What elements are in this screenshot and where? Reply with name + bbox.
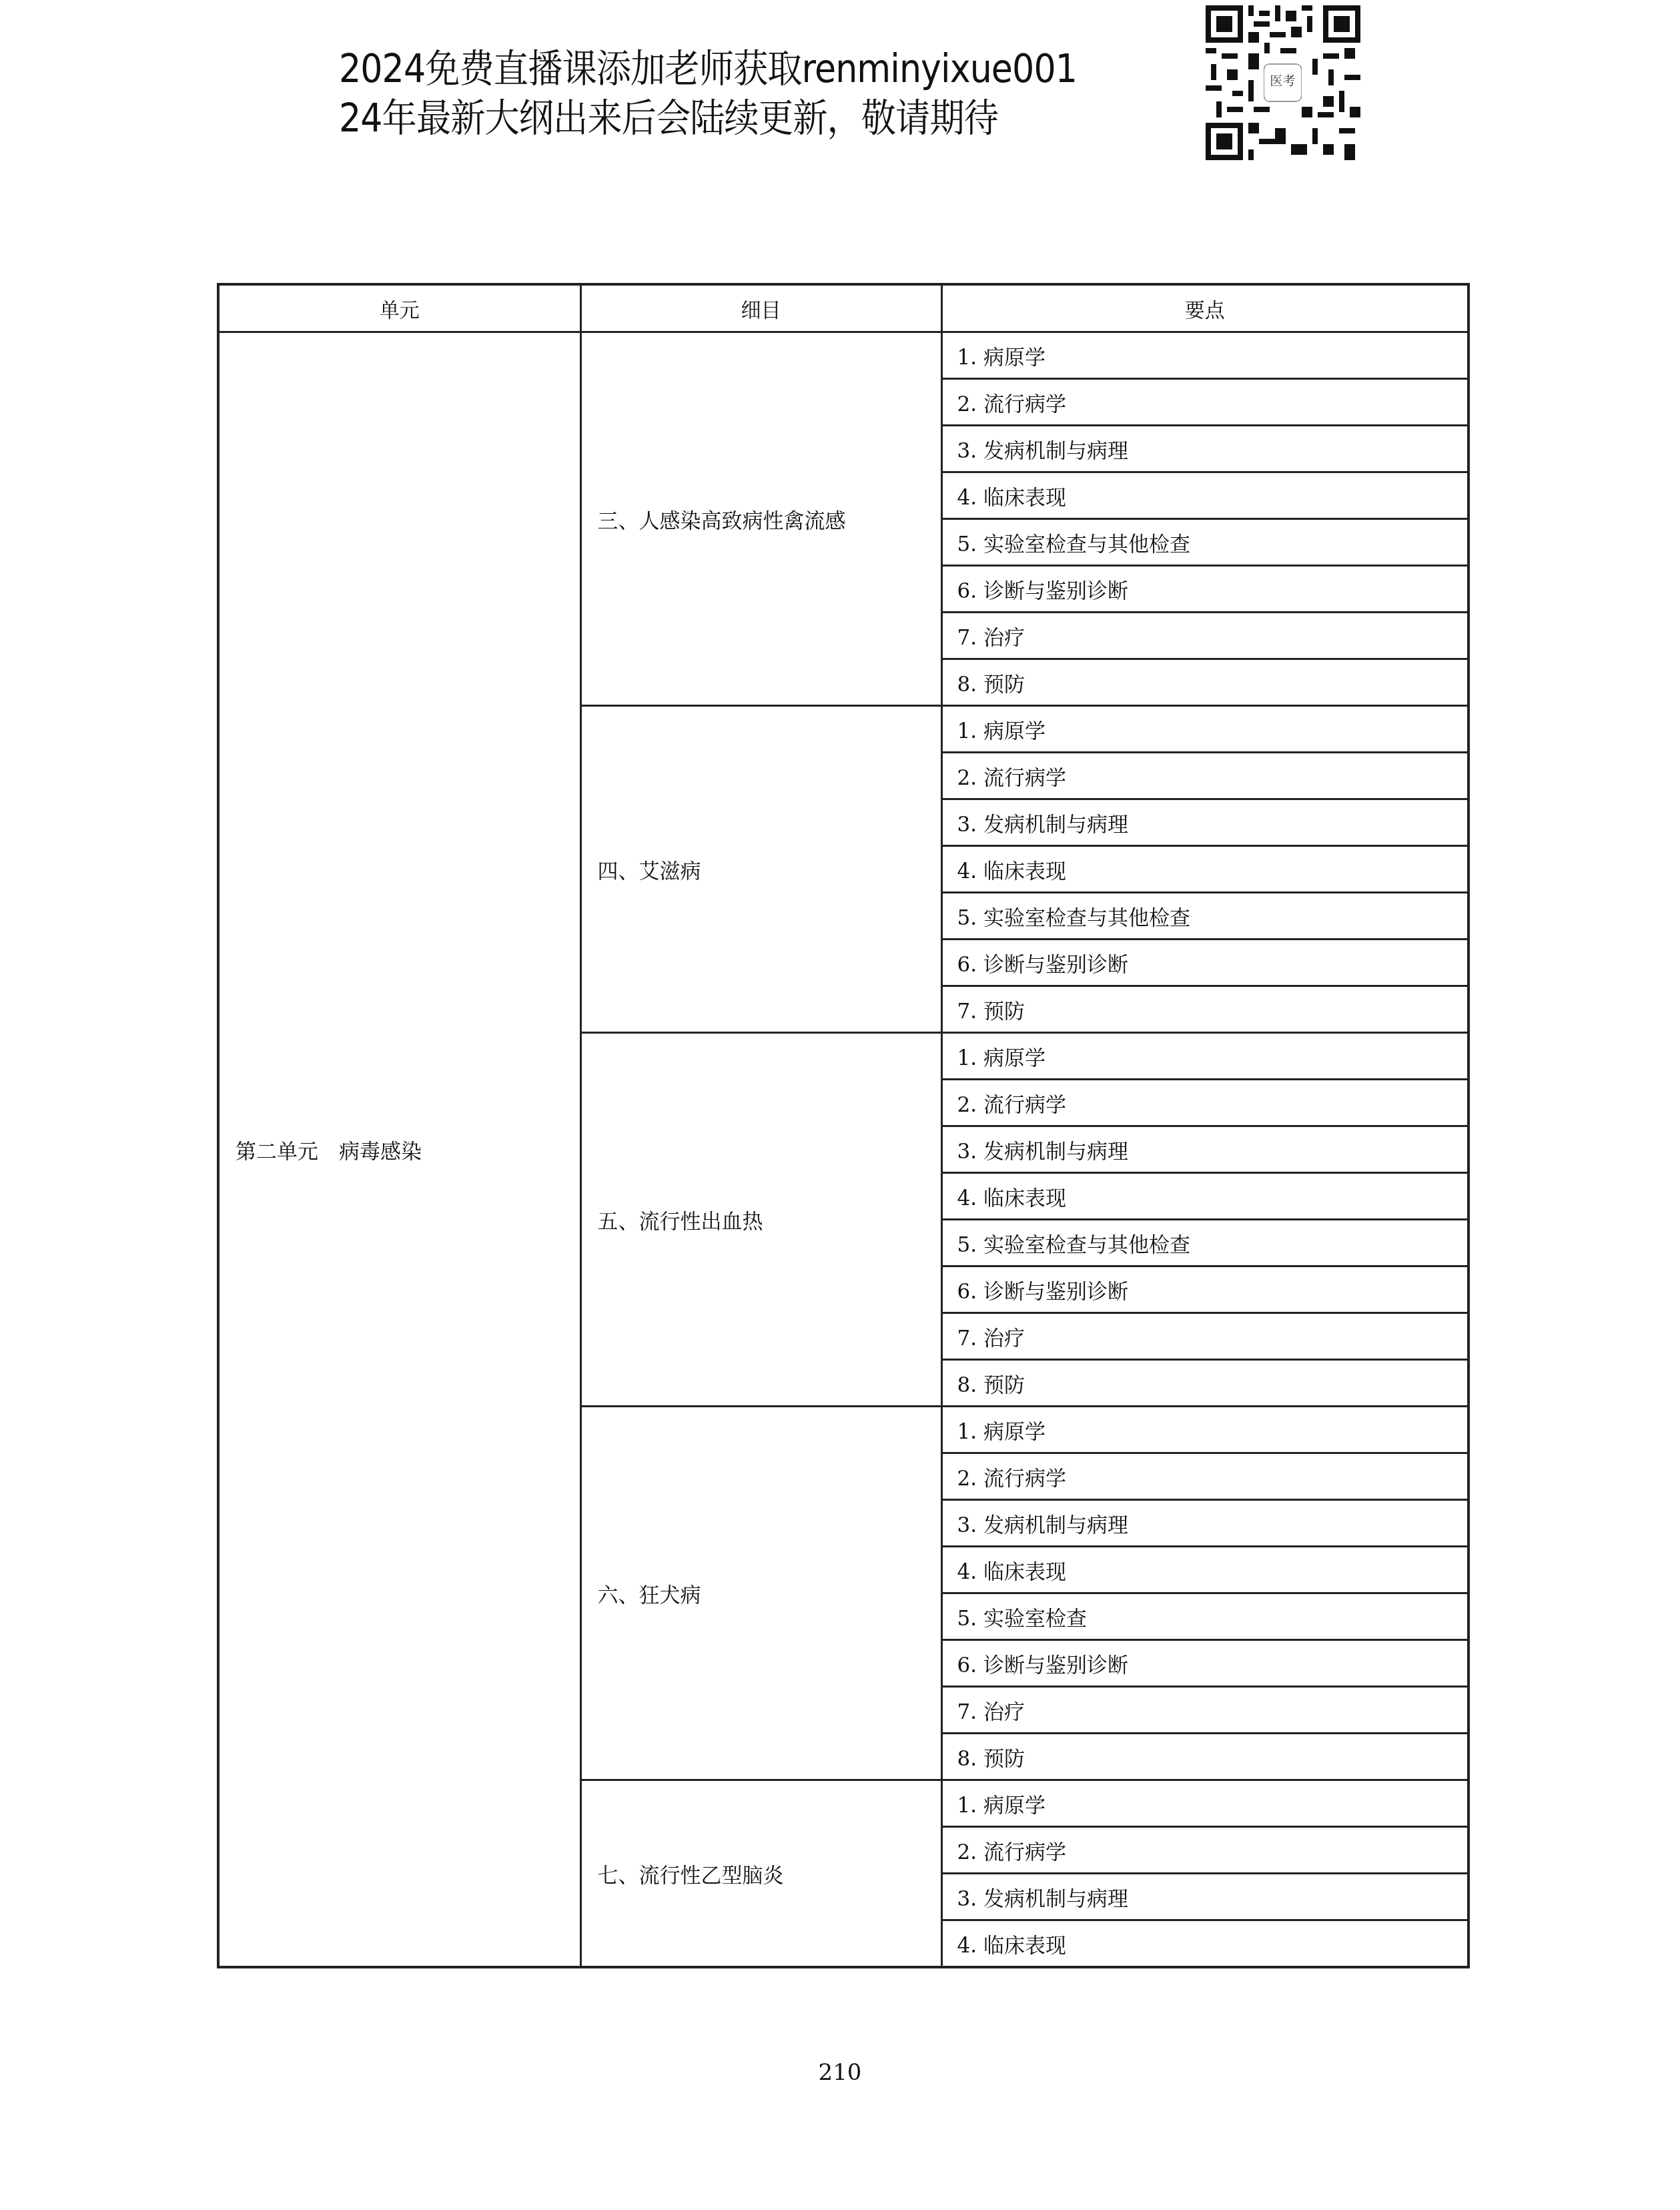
keypoint-cell: 7. 治疗 (941, 613, 1468, 659)
qr-code-icon: 医考 (1204, 5, 1361, 160)
keypoint-cell: 7. 治疗 (941, 1313, 1468, 1360)
subitem-cell: 三、人感染高致病性禽流感 (580, 332, 941, 706)
promo-line-2: 24年最新大纲出来后会陆续更新，敬请期待 (339, 93, 1114, 143)
keypoint-cell: 4. 临床表现 (941, 472, 1468, 519)
page-number: 210 (0, 2059, 1680, 2086)
keypoint-cell: 3. 发病机制与病理 (941, 1126, 1468, 1173)
table-body: 第二单元 病毒感染三、人感染高致病性禽流感1. 病原学2. 流行病学3. 发病机… (218, 332, 1468, 1968)
keypoint-cell: 1. 病原学 (941, 1407, 1468, 1453)
subitem-cell: 六、狂犬病 (580, 1407, 941, 1780)
column-header-unit: 单元 (218, 284, 580, 332)
keypoint-cell: 2. 流行病学 (941, 1827, 1468, 1874)
unit-cell: 第二单元 病毒感染 (218, 332, 580, 1968)
keypoint-cell: 5. 实验室检查与其他检查 (941, 519, 1468, 566)
table-header-row: 单元 细目 要点 (218, 284, 1468, 332)
promo-banner: 2024免费直播课添加老师获取renminyixue001 24年最新大纲出来后… (339, 44, 1114, 143)
keypoint-cell: 6. 诊断与鉴别诊断 (941, 1640, 1468, 1687)
keypoint-cell: 7. 预防 (941, 986, 1468, 1033)
keypoint-cell: 7. 治疗 (941, 1687, 1468, 1734)
column-header-keypoint: 要点 (941, 284, 1468, 332)
keypoint-cell: 5. 实验室检查与其他检查 (941, 1220, 1468, 1266)
keypoint-cell: 4. 临床表现 (941, 1547, 1468, 1593)
promo-line-1: 2024免费直播课添加老师获取renminyixue001 (339, 44, 1114, 93)
keypoint-cell: 2. 流行病学 (941, 1080, 1468, 1126)
table-row: 第二单元 病毒感染三、人感染高致病性禽流感1. 病原学 (218, 332, 1468, 379)
keypoint-cell: 1. 病原学 (941, 1780, 1468, 1827)
keypoint-cell: 4. 临床表现 (941, 846, 1468, 893)
keypoint-cell: 3. 发病机制与病理 (941, 1500, 1468, 1547)
keypoint-cell: 8. 预防 (941, 1734, 1468, 1780)
keypoint-cell: 6. 诊断与鉴别诊断 (941, 566, 1468, 613)
keypoint-cell: 1. 病原学 (941, 706, 1468, 753)
subitem-cell: 五、流行性出血热 (580, 1033, 941, 1407)
keypoint-cell: 3. 发病机制与病理 (941, 799, 1468, 846)
keypoint-cell: 1. 病原学 (941, 1033, 1468, 1080)
keypoint-cell: 8. 预防 (941, 659, 1468, 706)
keypoint-cell: 4. 临床表现 (941, 1920, 1468, 1968)
keypoint-cell: 5. 实验室检查与其他检查 (941, 893, 1468, 940)
keypoint-cell: 2. 流行病学 (941, 753, 1468, 799)
svg-text:医考: 医考 (1270, 73, 1295, 89)
keypoint-cell: 8. 预防 (941, 1360, 1468, 1407)
column-header-subitem: 细目 (580, 284, 941, 332)
keypoint-cell: 3. 发病机制与病理 (941, 426, 1468, 472)
keypoint-cell: 3. 发病机制与病理 (941, 1874, 1468, 1920)
keypoint-cell: 6. 诊断与鉴别诊断 (941, 1266, 1468, 1313)
subitem-cell: 四、艾滋病 (580, 706, 941, 1033)
keypoint-cell: 1. 病原学 (941, 332, 1468, 379)
keypoint-cell: 5. 实验室检查 (941, 1593, 1468, 1640)
keypoint-cell: 2. 流行病学 (941, 379, 1468, 426)
keypoint-cell: 2. 流行病学 (941, 1453, 1468, 1500)
syllabus-table: 单元 细目 要点 第二单元 病毒感染三、人感染高致病性禽流感1. 病原学2. 流… (217, 283, 1470, 1968)
keypoint-cell: 6. 诊断与鉴别诊断 (941, 940, 1468, 986)
unit-label: 第二单元 病毒感染 (236, 1140, 422, 1164)
subitem-cell: 七、流行性乙型脑炎 (580, 1780, 941, 1968)
keypoint-cell: 4. 临床表现 (941, 1173, 1468, 1220)
